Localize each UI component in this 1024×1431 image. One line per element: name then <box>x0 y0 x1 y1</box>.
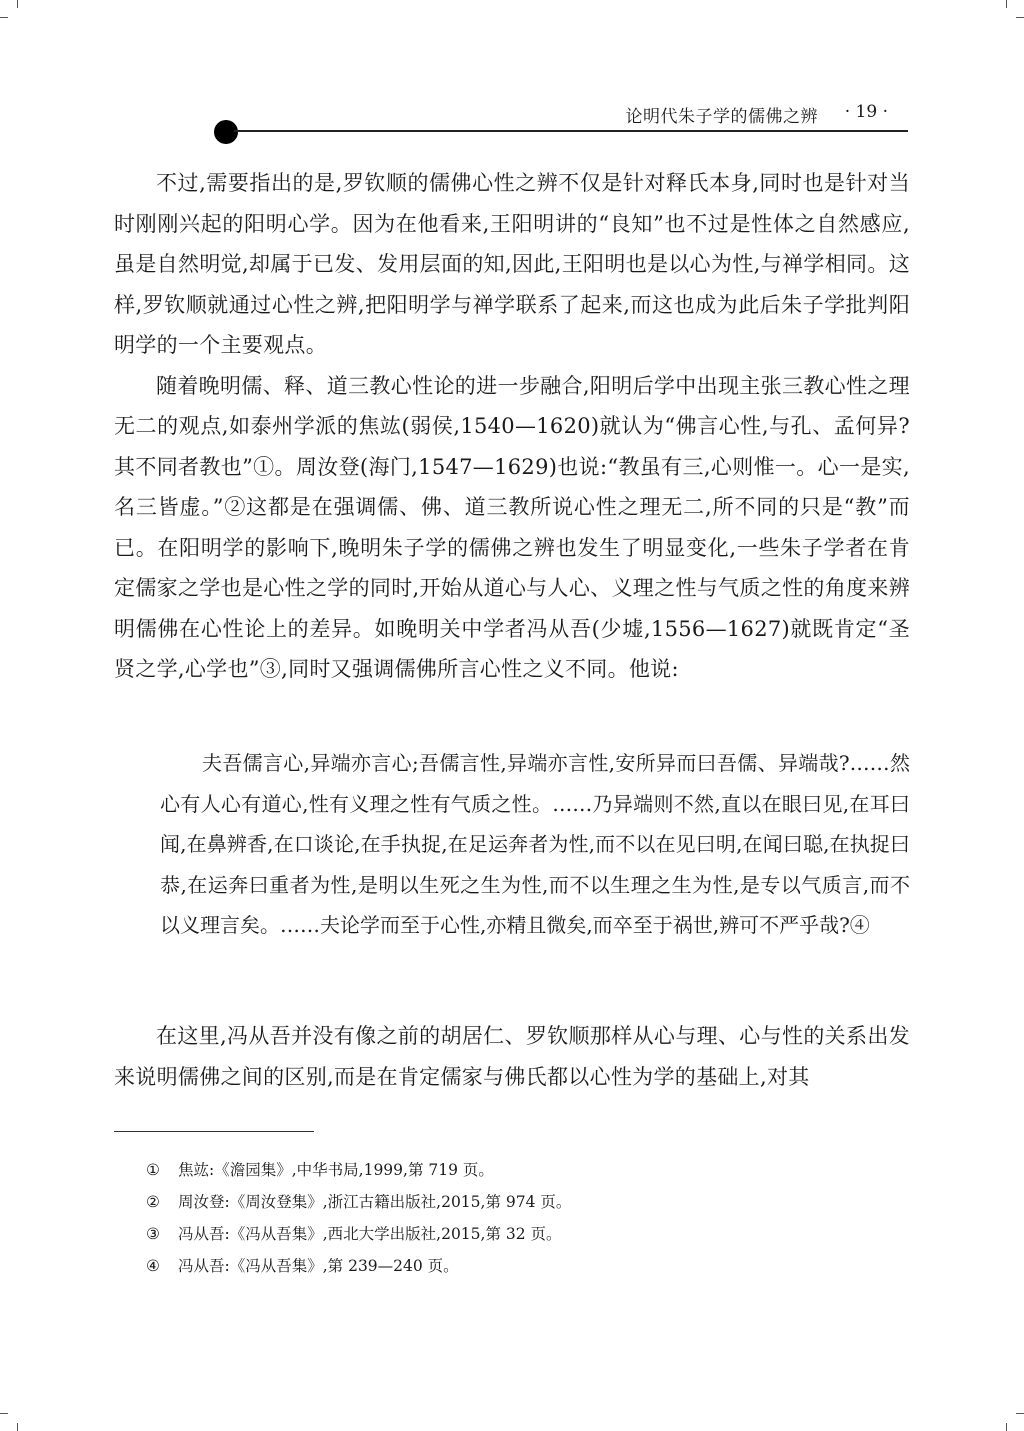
running-header: 论明代朱子学的儒佛之辨 · 19 · <box>214 100 908 140</box>
crop-mark <box>17 1423 18 1431</box>
footnote-item: ① 焦竑:《澹园集》,中华书局,1999,第 719 页。 <box>146 1154 571 1186</box>
body-paragraphs: 不过,需要指出的是,罗钦顺的儒佛心性之辨不仅是针对释氏本身,同时也是针对当时刚刚… <box>114 163 910 690</box>
crop-mark <box>1016 1413 1024 1414</box>
paragraph: 随着晚明儒、释、道三教心性论的进一步融合,阳明后学中出现主张三教心性之理无二的观… <box>114 366 910 690</box>
footnote-number: ① <box>146 1154 164 1186</box>
header-bullet-icon <box>214 120 238 144</box>
footnote-item: ④ 冯从吾:《冯从吾集》,第 239—240 页。 <box>146 1250 571 1282</box>
closing-paragraph-block: 在这里,冯从吾并没有像之前的胡居仁、罗钦顺那样从心与理、心与性的关系出发来说明儒… <box>114 1016 910 1097</box>
footnote-number: ③ <box>146 1218 164 1250</box>
footnote-text: 焦竑:《澹园集》,中华书局,1999,第 719 页。 <box>178 1154 494 1186</box>
crop-mark <box>17 0 18 8</box>
quote-text: 夫吾儒言心,异端亦言心;吾儒言性,异端亦言性,安所异而曰吾儒、异端哉?……然心有… <box>160 743 910 946</box>
footnote-number: ④ <box>146 1250 164 1282</box>
paragraph: 在这里,冯从吾并没有像之前的胡居仁、罗钦顺那样从心与理、心与性的关系出发来说明儒… <box>114 1016 910 1097</box>
footnote-text: 冯从吾:《冯从吾集》,西北大学出版社,2015,第 32 页。 <box>178 1218 562 1250</box>
header-rule <box>234 130 908 132</box>
running-title: 论明代朱子学的儒佛之辨 <box>626 102 819 127</box>
footnotes: ① 焦竑:《澹园集》,中华书局,1999,第 719 页。 ② 周汝登:《周汝登… <box>146 1154 571 1282</box>
paragraph: 不过,需要指出的是,罗钦顺的儒佛心性之辨不仅是针对释氏本身,同时也是针对当时刚刚… <box>114 163 910 366</box>
crop-mark <box>0 17 8 18</box>
crop-mark <box>1006 0 1007 8</box>
footnote-item: ③ 冯从吾:《冯从吾集》,西北大学出版社,2015,第 32 页。 <box>146 1218 571 1250</box>
crop-mark <box>1016 17 1024 18</box>
crop-mark <box>0 1413 8 1414</box>
footnote-rule <box>114 1131 314 1132</box>
footnote-text: 周汝登:《周汝登集》,浙江古籍出版社,2015,第 974 页。 <box>178 1186 571 1218</box>
footnote-number: ② <box>146 1186 164 1218</box>
footnote-item: ② 周汝登:《周汝登集》,浙江古籍出版社,2015,第 974 页。 <box>146 1186 571 1218</box>
page-number: · 19 · <box>845 102 888 122</box>
footnote-text: 冯从吾:《冯从吾集》,第 239—240 页。 <box>178 1250 459 1282</box>
block-quote: 夫吾儒言心,异端亦言心;吾儒言性,异端亦言性,安所异而曰吾儒、异端哉?……然心有… <box>160 743 910 946</box>
crop-mark <box>1006 1423 1007 1431</box>
